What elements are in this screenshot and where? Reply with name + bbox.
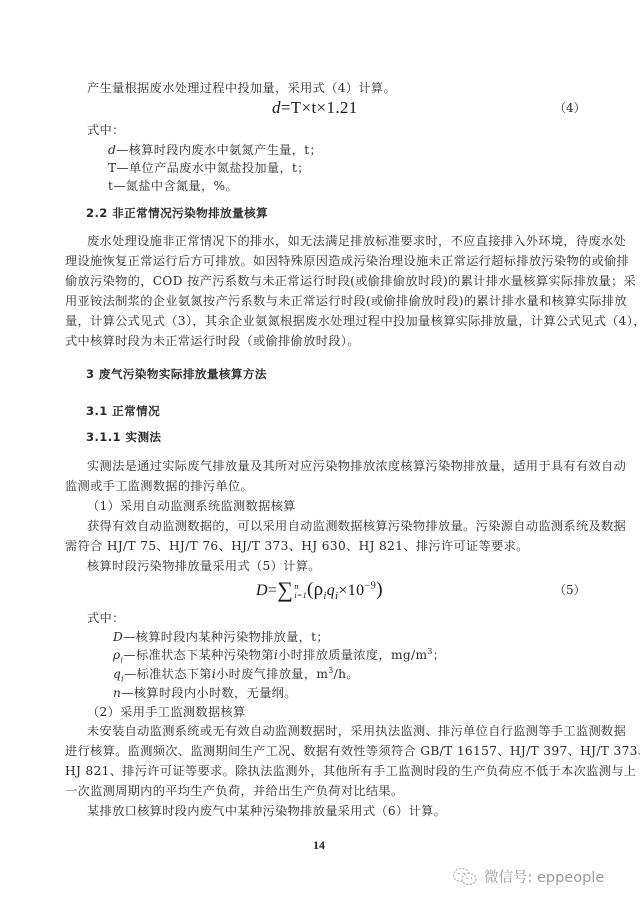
paragraph-line: 一次监测周期内的平均生产负荷，并给出生产负荷对比结果。 — [65, 783, 404, 799]
section-heading-3-1-1: 3.1.1 实测法 — [86, 429, 161, 445]
variable-definition: t—氮盐中含氮量，%。 — [108, 178, 238, 194]
variable-symbol: q — [113, 667, 121, 681]
watermark: 微信号: eppeople — [452, 866, 604, 887]
multiply-term: ×10 — [338, 582, 364, 599]
variable-description: —核算时段内某种污染物排放量，t； — [123, 630, 329, 644]
variable-symbol: ρ — [113, 648, 121, 662]
variable-symbol: n — [113, 686, 121, 700]
exponent: −9 — [364, 581, 376, 592]
equation-lhs: D — [256, 582, 268, 599]
section-heading-3-1: 3.1 正常情况 — [86, 403, 160, 419]
variable-symbol: d — [108, 143, 116, 157]
paragraph-line: HJ 821、排污许可证等要求。除执法监测外，其他所有手工监测时段的生产负荷应不… — [65, 763, 581, 779]
equation-rhs: =T×t×1.21 — [281, 98, 358, 117]
equation-body: (ρ — [307, 579, 324, 600]
variable-description: —核算时段内废水中氨氮产生量，t； — [116, 143, 322, 157]
variable-description: —核算时段内小时数，无量纲。 — [121, 686, 297, 700]
summation-limits: ni=1 — [294, 582, 307, 600]
variable-definition: T—单位产品废水中氮盐投加量，t； — [108, 160, 310, 176]
equals-sign: = — [268, 582, 277, 599]
paragraph-line: 式中核算时段为未正常运行时段（或偷排偷放时段）。 — [65, 333, 360, 349]
variable-definition: ρi—标准状态下某种污染物第i小时排放质量浓度，mg/m3； — [113, 647, 445, 663]
item-title: （2）采用手工监测数据核算 — [87, 704, 246, 720]
paragraph-line: 监测或手工监测数据的排污单位。 — [65, 478, 253, 494]
paragraph-line: 进行核算。监测频次、监测期间生产工况、数据有效性等须符合 GB/T 16157、… — [65, 743, 581, 759]
item-title: （1）采用自动监测系统监测数据核算 — [87, 498, 296, 514]
variable-description-2: 小时排放质量浓度，mg/m — [278, 648, 427, 662]
watermark-text: 微信号: eppeople — [484, 866, 604, 887]
paragraph-line: 废水处理设施非正常情况下的排水，如无法满足排放标准要求时，不应直接排入外环境，待… — [87, 233, 581, 249]
equation-number: （4） — [554, 100, 586, 116]
section-heading-2-2: 2.2 非正常情况污染物排放量核算 — [86, 205, 268, 221]
equation-lhs: d — [272, 98, 281, 117]
paragraph-line: 某排放口核算时段内废气中某种污染物排放量采用式（6）计算。 — [87, 803, 446, 819]
paragraph-line: 量，计算公式见式（3），其余企业氨氮根据废水处理过程中投加量核算实际排放量，计算… — [65, 313, 581, 329]
variable-description-2: 小时废气排放量，m — [216, 667, 328, 681]
variable-description: —标准状态下第 — [124, 667, 212, 681]
paragraph-line: 需符合 HJ/T 75、HJ/T 76、HJ/T 373、HJ 630、HJ 8… — [65, 538, 529, 554]
close-paren: ) — [376, 579, 383, 600]
where-label: 式中： — [87, 610, 125, 626]
where-label: 式中： — [87, 122, 125, 138]
variable-tail: /h。 — [334, 667, 359, 681]
variable-symbol: D — [113, 630, 123, 644]
sum-upper: n — [294, 582, 307, 591]
wechat-icon — [452, 867, 478, 887]
equation-5: D=∑ni=1(ρiqi×10−9) — [256, 578, 383, 601]
variable-definition: d—核算时段内废水中氨氮产生量，t； — [108, 142, 322, 158]
variable-description: —单位产品废水中氮盐投加量，t； — [116, 161, 309, 175]
page-number: 14 — [313, 838, 325, 853]
summation-icon: ∑ — [277, 577, 293, 602]
sum-lower: i=1 — [294, 591, 307, 600]
paragraph-line: 获得有效自动监测数据的，可以采用自动监测数据核算污染物排放量。污染源自动监测系统… — [87, 518, 581, 534]
equation-number: （5） — [554, 582, 586, 598]
section-heading-3: 3 废气污染物实际排放量核算方法 — [86, 366, 267, 382]
paragraph-line: 用亚铵法制浆的企业氨氮按产污系数与未正常运行时段(或偷排偷放时段)的累计排水量和… — [65, 293, 581, 309]
paragraph-line: 未安装自动监测系统或无有效自动监测数据时，采用执法监测、排污单位自行监测等手工监… — [87, 723, 581, 739]
variable-description: —氮盐中含氮量，%。 — [113, 179, 238, 193]
paragraph-line: 实测法是通过实际废气排放量及其所对应污染物排放浓度核算污染物排放量，适用于具有有… — [87, 458, 581, 474]
q-symbol: q — [327, 582, 335, 599]
equation-4: d=T×t×1.21 — [272, 98, 358, 118]
variable-definition: n—核算时段内小时数，无量纲。 — [113, 685, 297, 701]
variable-tail: ； — [433, 648, 446, 662]
variable-definition: D—核算时段内某种污染物排放量，t； — [113, 629, 329, 645]
paragraph-line: 偷放污染物的，COD 按产污系数与未正常运行时段(或偷排偷放时段)的累计排水量核… — [65, 273, 581, 289]
variable-description: —标准状态下某种污染物第 — [123, 648, 273, 662]
paragraph-line: 核算时段污染物排放量采用式（5）计算。 — [87, 558, 321, 574]
paragraph-line: 理设施恢复正常运行后方可排放。如因特殊原因造成污染治理设施未正常运行超标排放污染… — [65, 253, 581, 269]
variable-definition: qi—标准状态下第i小时废气排放量，m3/h。 — [113, 666, 359, 682]
paragraph-line: 产生量根据废水处理过程中投加量，采用式（4）计算。 — [87, 80, 396, 96]
